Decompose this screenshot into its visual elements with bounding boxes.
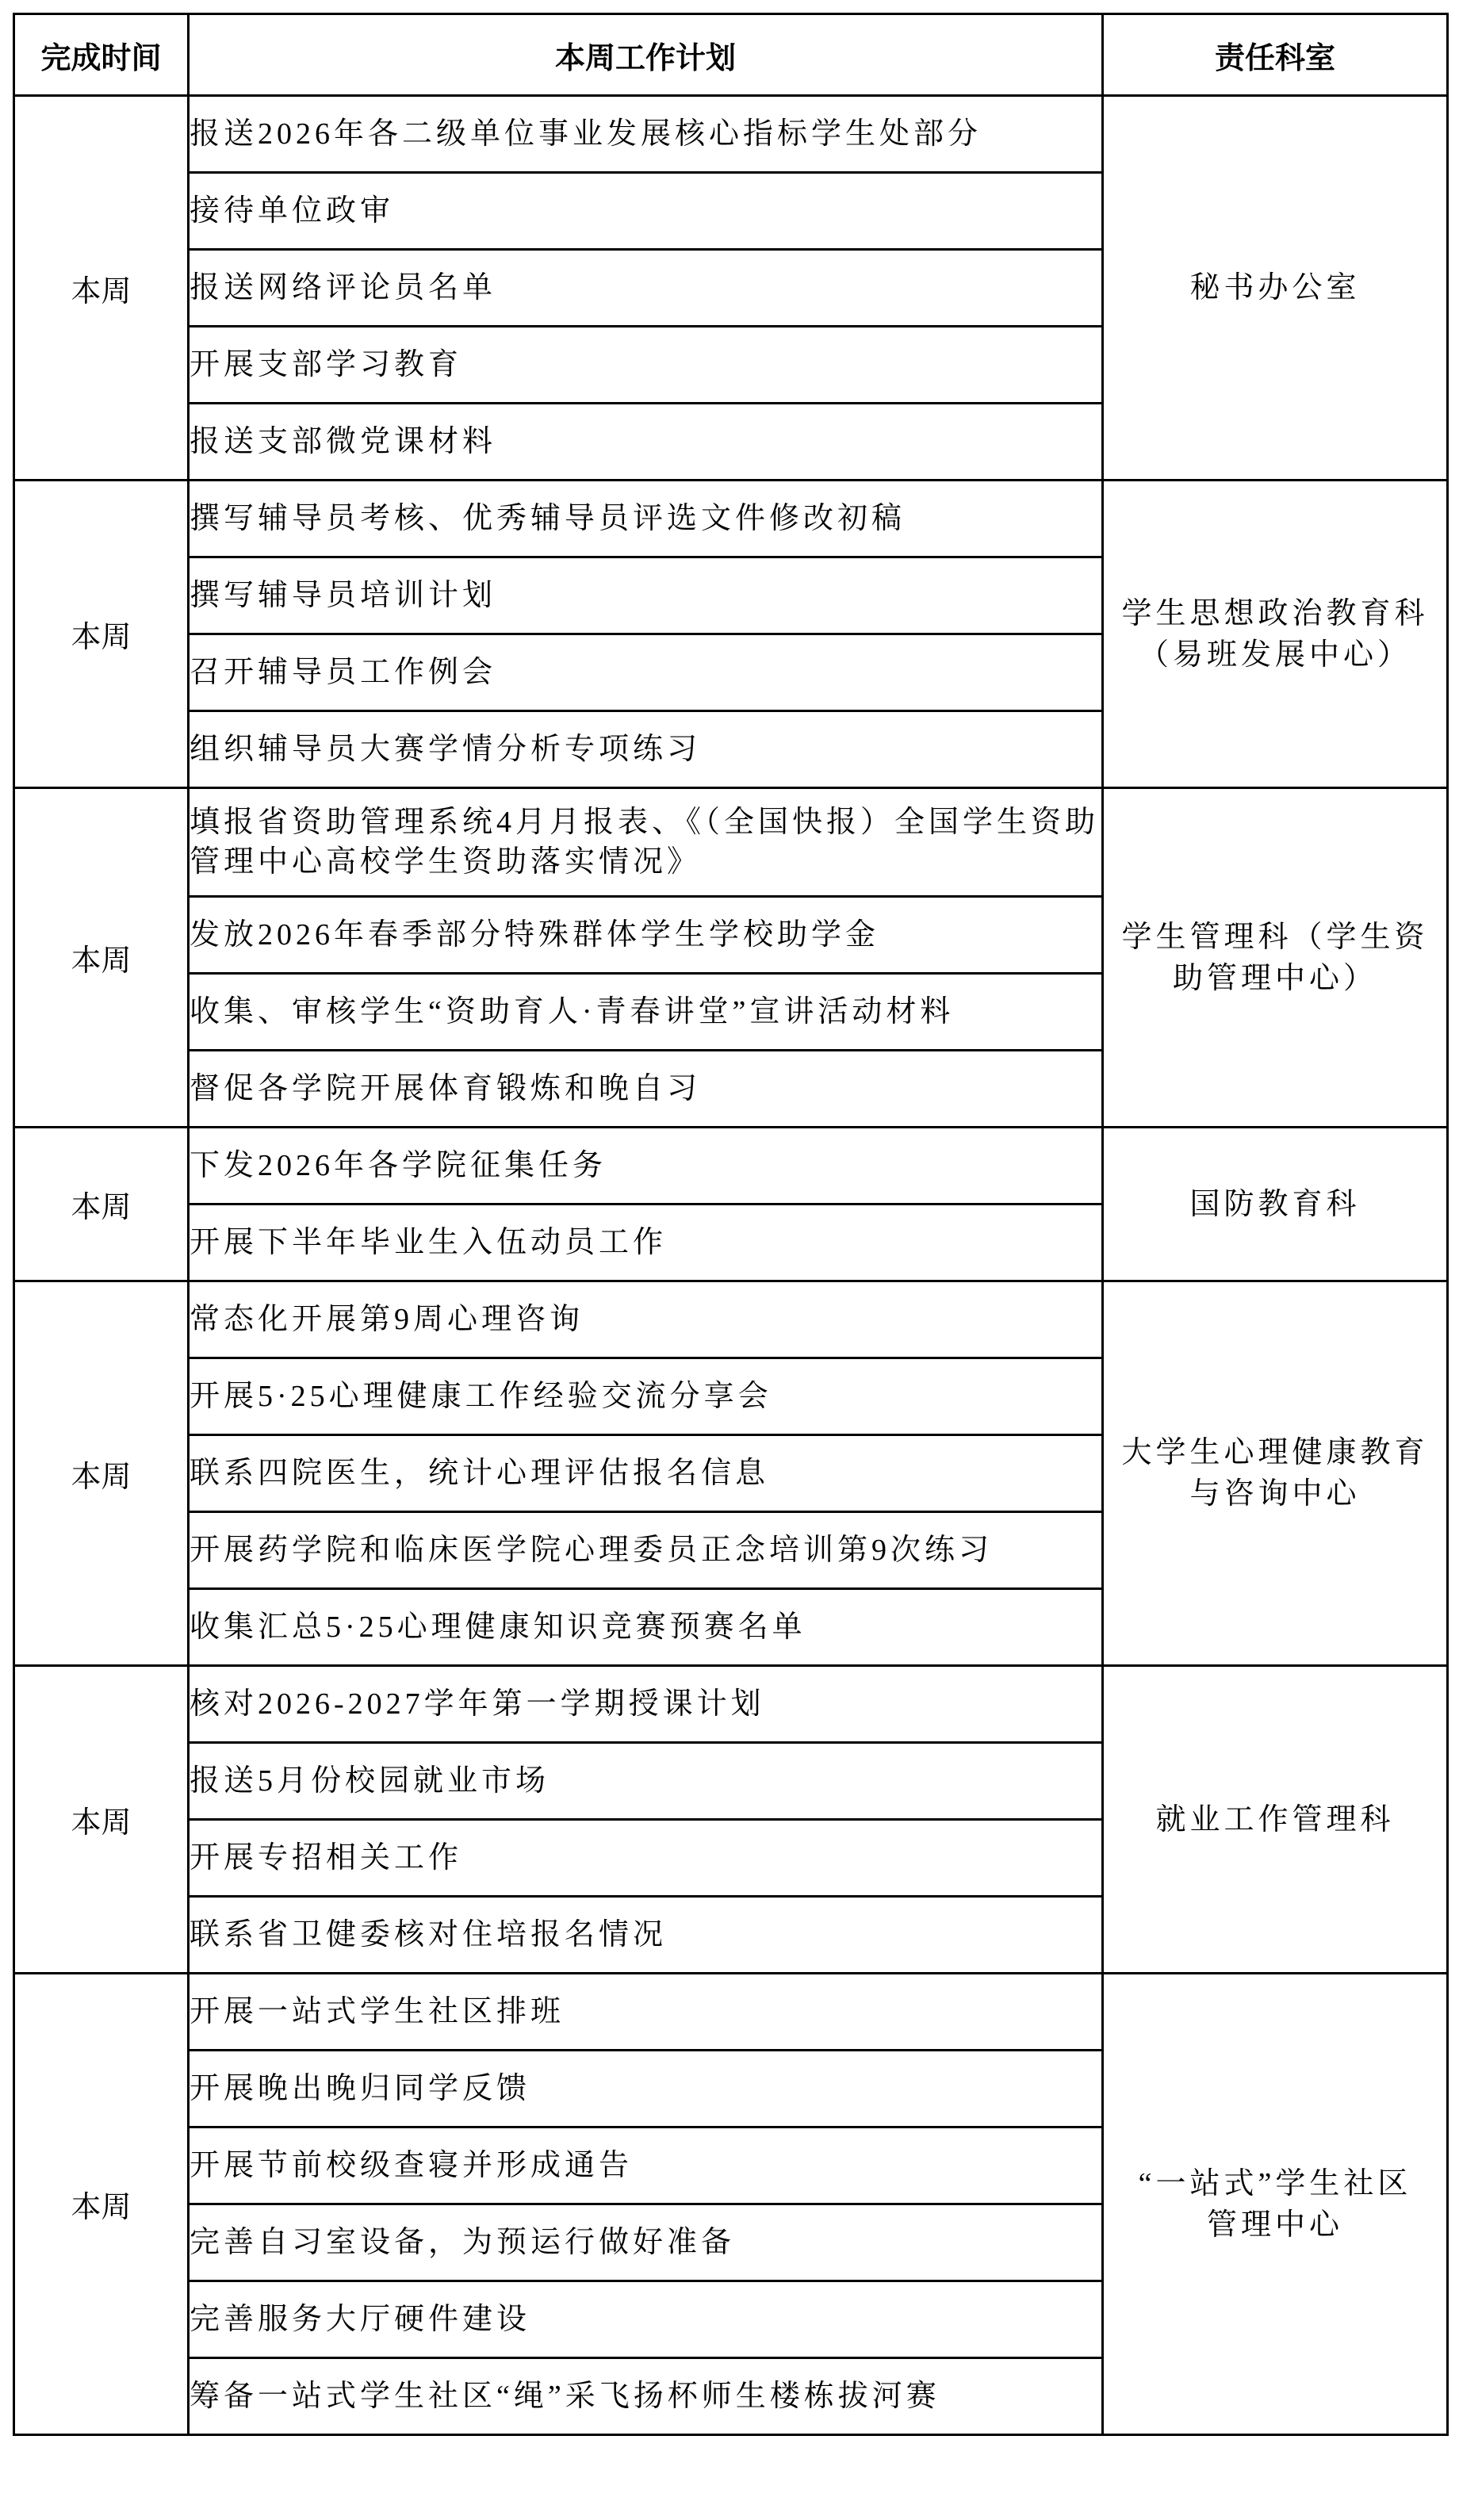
dept-name-line: 与咨询中心 (1104, 1473, 1446, 1515)
dept-name-line: 秘书办公室 (1104, 267, 1446, 308)
task-cell: 报送5月份校园就业市场 (189, 1743, 1103, 1820)
task-cell: 开展晚出晚归同学反馈 (189, 2051, 1103, 2127)
completion-time-cell: 本周 (14, 481, 189, 788)
responsible-dept-cell: 国防教育科 (1103, 1128, 1448, 1281)
header-weekly-plan: 本周工作计划 (189, 14, 1103, 96)
dept-name-line: “一站式”学生社区 (1104, 2163, 1446, 2204)
task-cell: 撰写辅导员培训计划 (189, 557, 1103, 634)
task-cell: 开展一站式学生社区排班 (189, 1974, 1103, 2051)
task-cell: 常态化开展第9周心理咨询 (189, 1281, 1103, 1358)
table-row: 本周 填报省资助管理系统4月月报表、《（全国快报）全国学生资助管理中心高校学生资… (14, 788, 1448, 897)
task-cell: 收集、审核学生“资助育人·青春讲堂”宣讲活动材料 (189, 974, 1103, 1051)
task-cell: 核对2026-2027学年第一学期授课计划 (189, 1666, 1103, 1743)
task-cell: 报送网络评论员名单 (189, 250, 1103, 327)
task-cell: 开展下半年毕业生入伍动员工作 (189, 1204, 1103, 1281)
responsible-dept-cell: 学生管理科（学生资 助管理中心） (1103, 788, 1448, 1128)
task-cell: 撰写辅导员考核、优秀辅导员评选文件修改初稿 (189, 481, 1103, 557)
task-cell: 报送2026年各二级单位事业发展核心指标学生处部分 (189, 96, 1103, 173)
task-cell: 联系省卫健委核对住培报名情况 (189, 1897, 1103, 1974)
dept-name-line: （易班发展中心） (1104, 634, 1446, 676)
task-cell: 筹备一站式学生社区“绳”采飞扬杯师生楼栋拔河赛 (189, 2358, 1103, 2435)
responsible-dept-cell: “一站式”学生社区 管理中心 (1103, 1974, 1448, 2435)
task-cell: 报送支部微党课材料 (189, 404, 1103, 481)
weekly-work-plan-table: 完成时间 本周工作计划 责任科室 本周 报送2026年各二级单位事业发展核心指标… (13, 13, 1449, 2436)
completion-time-cell: 本周 (14, 96, 189, 481)
table-row: 本周 开展一站式学生社区排班 “一站式”学生社区 管理中心 (14, 1974, 1448, 2051)
task-cell: 开展药学院和临床医学院心理委员正念培训第9次练习 (189, 1512, 1103, 1589)
dept-name-line: 管理中心 (1104, 2204, 1446, 2246)
dept-name-line: 大学生心理健康教育 (1104, 1432, 1446, 1473)
task-cell: 接待单位政审 (189, 173, 1103, 250)
task-cell: 下发2026年各学院征集任务 (189, 1128, 1103, 1204)
task-cell: 开展专招相关工作 (189, 1820, 1103, 1897)
dept-name-line: 国防教育科 (1104, 1184, 1446, 1225)
task-cell: 召开辅导员工作例会 (189, 634, 1103, 711)
responsible-dept-cell: 大学生心理健康教育 与咨询中心 (1103, 1281, 1448, 1666)
completion-time-cell: 本周 (14, 788, 189, 1128)
table-row: 本周 报送2026年各二级单位事业发展核心指标学生处部分 秘书办公室 (14, 96, 1448, 173)
dept-name-line: 学生管理科（学生资 (1104, 917, 1446, 958)
header-responsible-dept: 责任科室 (1103, 14, 1448, 96)
header-row: 完成时间 本周工作计划 责任科室 (14, 14, 1448, 96)
task-cell: 完善服务大厅硬件建设 (189, 2281, 1103, 2358)
task-cell: 联系四院医生，统计心理评估报名信息 (189, 1435, 1103, 1512)
completion-time-cell: 本周 (14, 1128, 189, 1281)
dept-name-line: 就业工作管理科 (1104, 1799, 1446, 1840)
task-cell: 发放2026年春季部分特殊群体学生学校助学金 (189, 897, 1103, 974)
task-cell: 开展节前校级查寝并形成通告 (189, 2127, 1103, 2204)
completion-time-cell: 本周 (14, 1281, 189, 1666)
completion-time-cell: 本周 (14, 1974, 189, 2435)
completion-time-cell: 本周 (14, 1666, 189, 1974)
task-cell: 开展支部学习教育 (189, 327, 1103, 404)
task-cell: 收集汇总5·25心理健康知识竞赛预赛名单 (189, 1589, 1103, 1666)
responsible-dept-cell: 秘书办公室 (1103, 96, 1448, 481)
table-row: 本周 核对2026-2027学年第一学期授课计划 就业工作管理科 (14, 1666, 1448, 1743)
task-cell: 填报省资助管理系统4月月报表、《（全国快报）全国学生资助管理中心高校学生资助落实… (189, 788, 1103, 897)
responsible-dept-cell: 就业工作管理科 (1103, 1666, 1448, 1974)
dept-name-line: 学生思想政治教育科 (1104, 593, 1446, 634)
table-row: 本周 下发2026年各学院征集任务 国防教育科 (14, 1128, 1448, 1204)
responsible-dept-cell: 学生思想政治教育科 （易班发展中心） (1103, 481, 1448, 788)
header-completion-time: 完成时间 (14, 14, 189, 96)
task-cell: 开展5·25心理健康工作经验交流分享会 (189, 1358, 1103, 1435)
task-cell: 督促各学院开展体育锻炼和晚自习 (189, 1051, 1103, 1128)
table-row: 本周 常态化开展第9周心理咨询 大学生心理健康教育 与咨询中心 (14, 1281, 1448, 1358)
dept-name-line: 助管理中心） (1104, 958, 1446, 999)
task-cell: 组织辅导员大赛学情分析专项练习 (189, 711, 1103, 788)
task-cell: 完善自习室设备，为预运行做好准备 (189, 2204, 1103, 2281)
table-row: 本周 撰写辅导员考核、优秀辅导员评选文件修改初稿 学生思想政治教育科 （易班发展… (14, 481, 1448, 557)
